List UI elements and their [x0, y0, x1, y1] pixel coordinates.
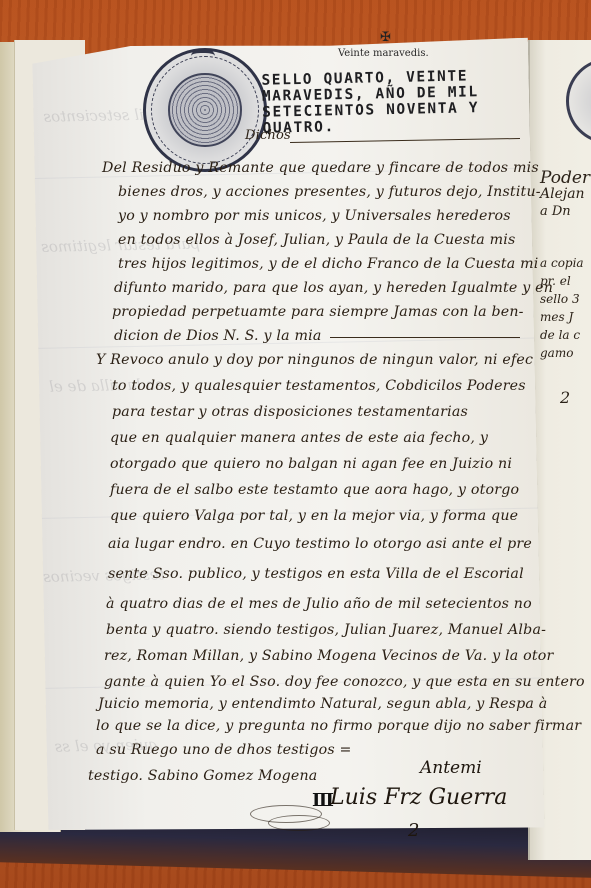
rubric-flourish-icon	[268, 815, 330, 831]
facing-page-heading-3: a Dn	[540, 204, 571, 219]
document-line: dicion de Dios N. S. y la mia	[114, 328, 322, 344]
document-line: sente Sso. publico, y testigos en esta V…	[108, 566, 524, 582]
facing-page-line: a copia	[540, 256, 584, 270]
facing-page-heading-1: Poder	[540, 168, 590, 188]
document-line: difunto marido, para que los ayan, y her…	[114, 280, 553, 296]
document-line: to todos, y qualesquier testamentos, Cob…	[112, 378, 526, 394]
document-line: Juicio memoria, y entendimto Natural, se…	[98, 696, 547, 712]
facing-page-line: gamo	[540, 346, 573, 360]
document-line: que quiero Valga por tal, y en la mejor …	[110, 508, 518, 524]
document-line: yo y nombro por mis unicos, y Universale…	[118, 208, 511, 224]
facing-page-heading-2: Alejan	[540, 186, 585, 202]
facing-page-mark: 2	[560, 388, 570, 407]
witness-signature: testigo. Sabino Gomez Mogena	[88, 768, 317, 784]
document-line: fuera de el salbo este testamto que aora…	[110, 482, 519, 498]
document-line: en todos ellos à Josef, Julian, y Paula …	[118, 232, 516, 248]
document-line: aia lugar endro. en Cuyo testimo lo otor…	[108, 536, 532, 552]
facing-page-line: mes J	[540, 310, 573, 324]
document-line: Y Revoco anulo y doy por ningunos de nin…	[96, 352, 533, 368]
antemi-signature: Antemi	[420, 758, 482, 778]
notary-signature: Luis Frz Guerra	[330, 785, 507, 810]
document-line: otorgado que quiero no balgan ni agan fe…	[110, 456, 512, 472]
document-line: para testar y otras disposiciones testam…	[112, 404, 468, 420]
stamp-header: SELLO QUARTO, VEINTE MARAVEDIS, AÑO DE M…	[261, 67, 522, 136]
facing-page-line: de la c	[540, 328, 580, 342]
document-line: tres hijos legitimos, y de el dicho Fran…	[118, 256, 539, 272]
document-line: propiedad perpetuamte para siempre Jamas…	[112, 304, 524, 320]
document-line: gante à quien Yo el Sso. doy fee conozco…	[104, 674, 585, 690]
document-line: que en qualquier manera antes de este ai…	[110, 430, 488, 446]
document-line: a su Ruego uno de dhos testigos =	[96, 742, 352, 758]
cross-icon: ✠	[380, 30, 391, 45]
document-line: benta y quatro. siendo testigos, Julian …	[106, 622, 546, 638]
document-line: rez, Roman Millan, y Sabino Mogena Vecin…	[104, 648, 553, 664]
document-line: bienes dros, y acciones presentes, y fut…	[118, 184, 541, 200]
dichos-label: Dichos	[245, 128, 291, 143]
document-line: à quatro dias de el mes de Julio año de …	[106, 596, 532, 612]
page-mark: 2	[408, 820, 419, 841]
stamp-value-text: Veinte maravedis.	[338, 48, 429, 59]
royal-seal-icon	[143, 48, 267, 172]
document-line: lo que se la dice, y pregunta no firmo p…	[96, 718, 581, 734]
rule-line	[330, 337, 520, 338]
document-line: Del Residuo y Remante que quedare y finc…	[102, 160, 539, 176]
